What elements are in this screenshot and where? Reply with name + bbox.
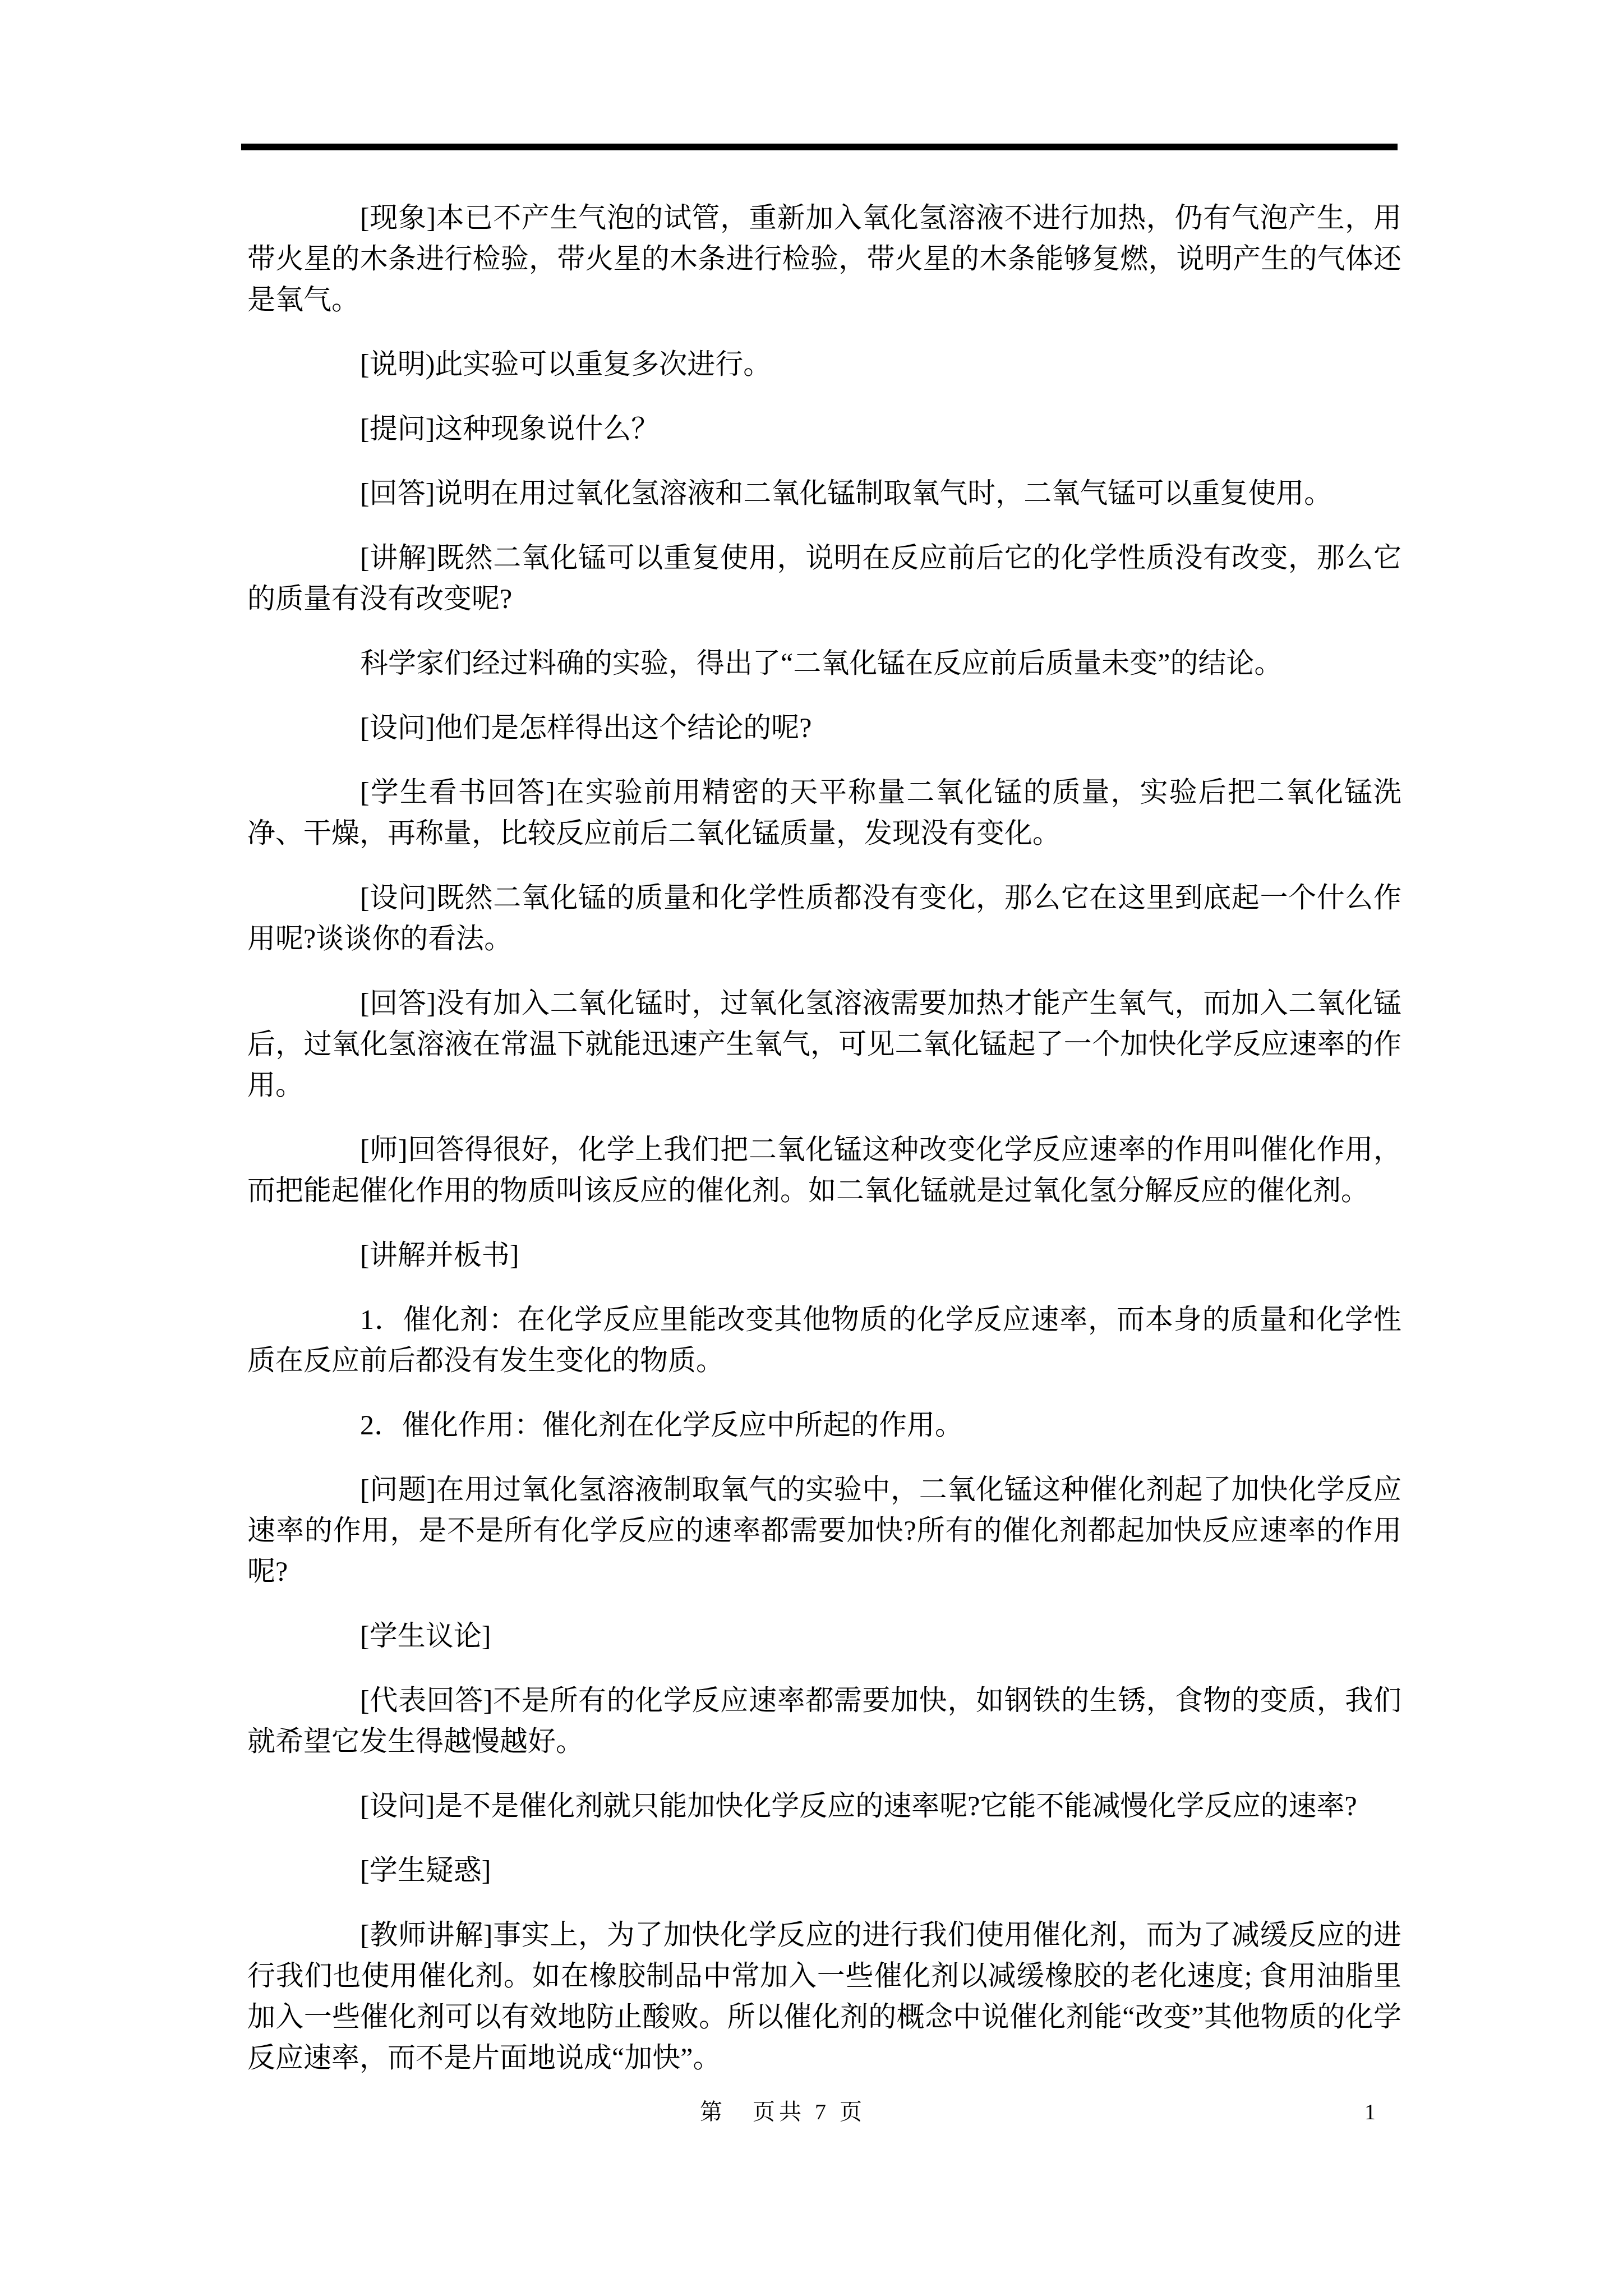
paragraph: [学生疑惑]	[247, 1850, 1401, 1891]
footer-page-label: 第 页共 7 页	[700, 2098, 866, 2126]
paragraph: [提问]这种现象说什么？	[247, 408, 1401, 449]
paragraph: 科学家们经过料确的实验，得出了“二氧化锰在反应前后质量未变”的结论。	[247, 643, 1401, 684]
paragraph: [问题]在用过氧化氢溶液制取氧气的实验中，二氧化锰这种催化剂起了加快化学反应速率…	[247, 1469, 1401, 1592]
paragraph: [教师讲解]事实上，为了加快化学反应的进行我们使用催化剂，而为了减缓反应的进行我…	[247, 1915, 1401, 2078]
paragraph: [讲解并板书]	[247, 1235, 1401, 1276]
paragraph: [师]回答得很好，化学上我们把二氧化锰这种改变化学反应速率的作用叫催化作用，而把…	[247, 1129, 1401, 1211]
header-rule	[241, 144, 1398, 150]
paragraph: [设问]是不是催化剂就只能加快化学反应的速率呢?它能不能减慢化学反应的速率?	[247, 1786, 1401, 1826]
paragraph: [学生看书回答]在实验前用精密的天平称量二氧化锰的质量，实验后把二氧化锰洗净、干…	[247, 772, 1401, 854]
paragraph: [说明)此实验可以重复多次进行。	[247, 344, 1401, 385]
paragraph: [设问]他们是怎样得出这个结论的呢?	[247, 707, 1401, 748]
paragraph: [回答]没有加入二氧化锰时，过氧化氢溶液需要加热才能产生氧气，而加入二氧化锰后，…	[247, 983, 1401, 1106]
paragraph: [现象]本已不产生气泡的试管，重新加入氧化氢溶液不进行加热，仍有气泡产生，用带火…	[247, 197, 1401, 320]
document-body: [现象]本已不产生气泡的试管，重新加入氧化氢溶液不进行加热，仍有气泡产生，用带火…	[247, 197, 1401, 2078]
document-page: [现象]本已不产生气泡的试管，重新加入氧化氢溶液不进行加热，仍有气泡产生，用带火…	[0, 0, 1623, 2296]
page-footer: 第 页共 7 页 1	[0, 2098, 1623, 2132]
paragraph: [讲解]既然二氧化锰可以重复使用，说明在反应前后它的化学性质没有改变，那么它的质…	[247, 537, 1401, 619]
paragraph: [回答]说明在用过氧化氢溶液和二氧化锰制取氧气时，二氧气锰可以重复使用。	[247, 473, 1401, 514]
paragraph: [设问]既然二氧化锰的质量和化学性质都没有变化，那么它在这里到底起一个什么作用呢…	[247, 877, 1401, 959]
paragraph: [代表回答]不是所有的化学反应速率都需要加快，如钢铁的生锈，食物的变质，我们就希…	[247, 1680, 1401, 1762]
footer-page-number: 1	[1364, 2098, 1376, 2126]
paragraph: 1．催化剂：在化学反应里能改变其他物质的化学反应速率，而本身的质量和化学性质在反…	[247, 1299, 1401, 1381]
paragraph: [学生议论]	[247, 1616, 1401, 1657]
paragraph: 2．催化作用：催化剂在化学反应中所起的作用。	[247, 1405, 1401, 1446]
